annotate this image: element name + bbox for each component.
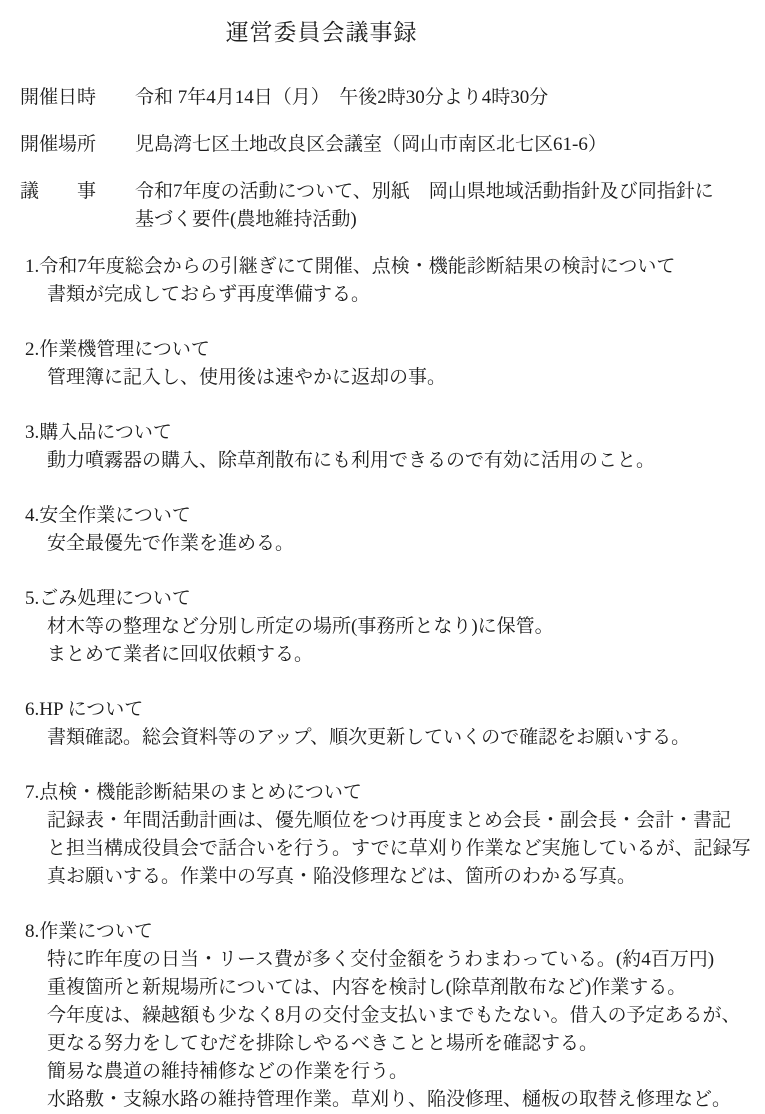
item-body-line: 書類確認。総会資料等のアップ、順次更新していくので確認をお願いする。 <box>25 724 765 752</box>
item-body-line: 更なる努力をしてむだを排除しやるべきことと場所を確認する。 <box>25 1030 765 1058</box>
document-title: 運営委員会議事録 <box>0 18 704 48</box>
item-body-line: 管理簿に記入し、使用後は速やかに返却の事。 <box>25 364 765 392</box>
meta-row: 開催場所 児島湾七区土地改良区会議室（岡山市南区北七区61-6） <box>0 131 765 159</box>
meta-section: 開催日時 令和 7年4月14日（月） 午後2時30分より4時30分 開催場所 児… <box>0 84 765 234</box>
item-heading: 1.令和7年度総会からの引継ぎにて開催、点検・機能診断結果の検討について <box>25 253 765 281</box>
list-item: 1.令和7年度総会からの引継ぎにて開催、点検・機能診断結果の検討について 書類が… <box>25 253 765 309</box>
item-heading-text: 購入品について <box>39 422 172 443</box>
meta-value: 児島湾七区土地改良区会議室（岡山市南区北七区61-6） <box>135 131 607 159</box>
meta-value: 令和 7年4月14日（月） 午後2時30分より4時30分 <box>135 84 548 112</box>
item-heading: 3.購入品について <box>25 419 765 447</box>
item-body-line: 真お願いする。作業中の写真・陥没修理などは、箇所のわかる写真。 <box>25 863 765 891</box>
item-heading-text: 令和7年度総会からの引継ぎにて開催、点検・機能診断結果の検討について <box>39 256 675 277</box>
item-number: 7. <box>25 782 39 803</box>
items-section: 1.令和7年度総会からの引継ぎにて開催、点検・機能診断結果の検討について 書類が… <box>0 253 765 1114</box>
item-number: 3. <box>25 422 39 443</box>
list-item: 6.HP について 書類確認。総会資料等のアップ、順次更新していくので確認をお願… <box>25 696 765 752</box>
item-heading-text: 点検・機能診断結果のまとめについて <box>39 782 362 803</box>
meta-label: 議 事 <box>20 178 96 206</box>
list-item: 5.ごみ処理について 材木等の整理など分別し所定の場所(事務所となり)に保管。ま… <box>25 585 765 669</box>
item-heading: 8.作業について <box>25 918 765 946</box>
meta-value-line: 令和7年度の活動について、別紙 岡山県地域活動指針及び同指針に <box>135 178 714 206</box>
list-item: 4.安全作業について 安全最優先で作業を進める。 <box>25 502 765 558</box>
meta-label: 開催場所 <box>20 131 96 159</box>
item-body-line: まとめて業者に回収依頼する。 <box>25 641 765 669</box>
meta-value-line: 令和 7年4月14日（月） 午後2時30分より4時30分 <box>135 84 548 112</box>
item-number: 1. <box>25 256 39 277</box>
item-body-line: 書類が完成しておらず再度準備する。 <box>25 281 765 309</box>
item-heading-text: HP について <box>39 699 143 720</box>
document-page: 運営委員会議事録 開催日時 令和 7年4月14日（月） 午後2時30分より4時3… <box>0 0 765 1114</box>
item-body-line: 動力噴霧器の購入、除草剤散布にも利用できるので有効に活用のこと。 <box>25 447 765 475</box>
meta-value: 令和7年度の活動について、別紙 岡山県地域活動指針及び同指針に基づく要件(農地維… <box>135 178 714 234</box>
item-body-line: 安全最優先で作業を進める。 <box>25 530 765 558</box>
list-item: 3.購入品について 動力噴霧器の購入、除草剤散布にも利用できるので有効に活用のこ… <box>25 419 765 475</box>
item-body-line: 材木等の整理など分別し所定の場所(事務所となり)に保管。 <box>25 613 765 641</box>
item-heading: 2.作業機管理について <box>25 336 765 364</box>
item-number: 8. <box>25 921 39 942</box>
item-body-line: 今年度は、繰越額も少なく8月の交付金支払いまでもたない。借入の予定あるが、 <box>25 1002 765 1030</box>
meta-row: 開催日時 令和 7年4月14日（月） 午後2時30分より4時30分 <box>0 84 765 112</box>
meta-row: 議 事 令和7年度の活動について、別紙 岡山県地域活動指針及び同指針に基づく要件… <box>0 178 765 234</box>
item-number: 5. <box>25 588 39 609</box>
list-item: 7.点検・機能診断結果のまとめについて 記録表・年間活動計画は、優先順位をつけ再… <box>25 779 765 891</box>
item-heading-text: ごみ処理について <box>39 588 191 609</box>
item-body-line: 簡易な農道の維持補修などの作業を行う。 <box>25 1058 765 1086</box>
item-heading: 5.ごみ処理について <box>25 585 765 613</box>
meta-label: 開催日時 <box>20 84 96 112</box>
meta-value-line: 児島湾七区土地改良区会議室（岡山市南区北七区61-6） <box>135 131 607 159</box>
item-heading: 7.点検・機能診断結果のまとめについて <box>25 779 765 807</box>
item-number: 2. <box>25 339 39 360</box>
item-heading-text: 安全作業について <box>39 505 191 526</box>
item-body-line: 重複箇所と新規場所については、内容を検討し(除草剤散布など)作業する。 <box>25 974 765 1002</box>
item-number: 4. <box>25 505 39 526</box>
list-item: 2.作業機管理について 管理簿に記入し、使用後は速やかに返却の事。 <box>25 336 765 392</box>
item-body-line: と担当構成役員会で話合いを行う。すでに草刈り作業など実施しているが、記録写 <box>25 835 765 863</box>
meta-value-line: 基づく要件(農地維持活動) <box>135 206 714 234</box>
item-heading-text: 作業について <box>39 921 153 942</box>
item-heading-text: 作業機管理について <box>39 339 210 360</box>
item-number: 6. <box>25 699 39 720</box>
list-item: 8.作業について 特に昨年度の日当・リース費が多く交付金額をうわまわっている。(… <box>25 918 765 1114</box>
item-heading: 6.HP について <box>25 696 765 724</box>
item-body-line: 水路敷・支線水路の維持管理作業。草刈り、陥没修理、樋板の取替え修理など。 <box>25 1086 765 1114</box>
item-body-line: 特に昨年度の日当・リース費が多く交付金額をうわまわっている。(約4百万円) <box>25 946 765 974</box>
item-body-line: 記録表・年間活動計画は、優先順位をつけ再度まとめ会長・副会長・会計・書記 <box>25 807 765 835</box>
item-heading: 4.安全作業について <box>25 502 765 530</box>
